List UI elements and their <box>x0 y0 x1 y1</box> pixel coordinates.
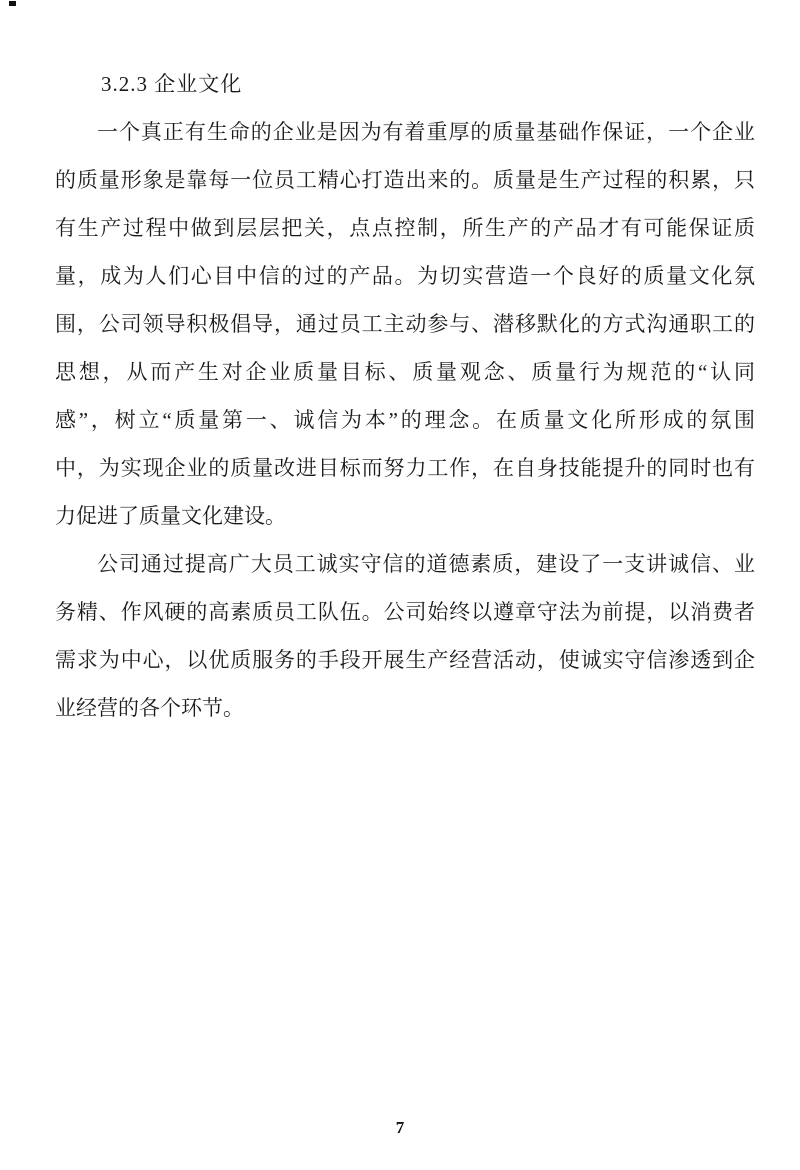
paragraph-1-line: 感”，树立“质量第一、诚信为本”的理念。在质量文化所形成的氛围 <box>55 396 755 444</box>
paragraph-1-line: 量，成为人们心目中信的过的产品。为切实营造一个良好的质量文化氛 <box>55 252 755 300</box>
paragraph-1-line: 围，公司领导积极倡导，通过员工主动参与、潜移默化的方式沟通职工的 <box>55 300 755 348</box>
paragraph-2-line: 需求为中心，以优质服务的手段开展生产经营活动，使诚实守信渗透到企 <box>55 636 755 684</box>
paragraph-2-line: 务精、作风硬的高素质员工队伍。公司始终以遵章守法为前提，以消费者 <box>55 588 755 636</box>
paragraph-1-line: 力促进了质量文化建设。 <box>55 492 755 540</box>
paragraph-1-line: 有生产过程中做到层层把关，点点控制，所生产的产品才有可能保证质 <box>55 204 755 252</box>
document-content: 3.2.3 企业文化 一个真正有生命的企业是因为有着重厚的质量基础作保证，一个企… <box>55 60 755 732</box>
section-heading: 3.2.3 企业文化 <box>55 60 755 108</box>
page-number: 7 <box>0 1116 800 1140</box>
paragraph-1-line: 思想，从而产生对企业质量目标、质量观念、质量行为规范的“认同 <box>55 348 755 396</box>
paragraph-1-line: 一个真正有生命的企业是因为有着重厚的质量基础作保证，一个企业 <box>55 108 755 156</box>
paragraph-2-line: 公司通过提高广大员工诚实守信的道德素质，建设了一支讲诚信、业 <box>55 540 755 588</box>
document-page: 3.2.3 企业文化 一个真正有生命的企业是因为有着重厚的质量基础作保证，一个企… <box>0 0 800 1170</box>
scan-artifact-mark <box>9 1 16 6</box>
paragraph-2-line: 业经营的各个环节。 <box>55 684 755 732</box>
paragraph-1-line: 的质量形象是靠每一位员工精心打造出来的。质量是生产过程的积累，只 <box>55 156 755 204</box>
paragraph-1-line: 中，为实现企业的质量改进目标而努力工作，在自身技能提升的同时也有 <box>55 444 755 492</box>
